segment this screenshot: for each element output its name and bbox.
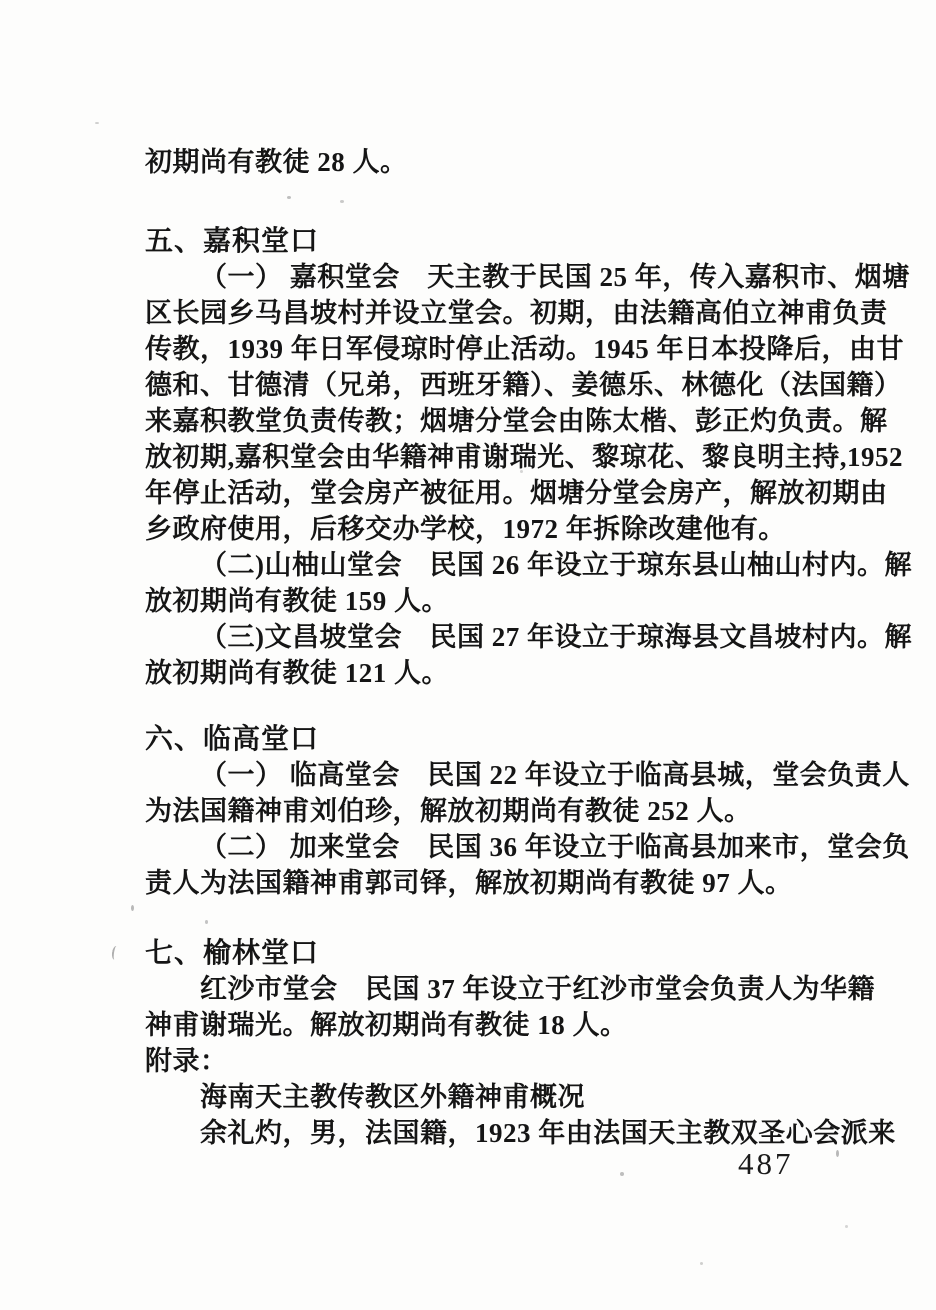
section-heading-7: 七、榆林堂口	[145, 935, 845, 971]
text-line: （一） 嘉积堂会 天主教于民国 25 年，传入嘉积市、烟塘	[145, 259, 845, 295]
ink-speck	[131, 905, 134, 911]
ink-speck	[620, 1172, 624, 1176]
ink-speck	[836, 1150, 839, 1157]
text-line: （一） 临高堂会 民国 22 年设立于临高县城，堂会负责人	[145, 757, 845, 793]
text-line: 德和、甘德清（兄弟，西班牙籍）、姜德乐、林德化（法国籍）	[145, 367, 845, 403]
section-heading-6: 六、临高堂口	[145, 721, 845, 757]
text-line: 乡政府使用，后移交办学校，1972 年拆除改建他有。	[145, 511, 845, 547]
margin-ink-mark	[111, 946, 120, 961]
text-line: （二） 加来堂会 民国 36 年设立于临高县加来市，堂会负	[145, 829, 845, 865]
ink-speck	[340, 200, 344, 203]
appendix-title: 海南天主教传教区外籍神甫概况	[145, 1079, 845, 1115]
text-line: 放初期尚有教徒 159 人。	[145, 583, 845, 619]
text-line: 来嘉积教堂负责传教；烟塘分堂会由陈太楷、彭正灼负责。解	[145, 403, 845, 439]
text-line: 放初期尚有教徒 121 人。	[145, 655, 845, 691]
ink-speck	[95, 122, 99, 124]
text-line: （二)山柚山堂会 民国 26 年设立于琼东县山柚山村内。解	[145, 547, 845, 583]
text-line: 初期尚有教徒 28 人。	[145, 144, 845, 180]
text-line: 责人为法国籍神甫郭司铎，解放初期尚有教徒 97 人。	[145, 865, 845, 901]
ink-speck	[205, 920, 208, 924]
text-line: 为法国籍神甫刘伯珍，解放初期尚有教徒 252 人。	[145, 793, 845, 829]
ink-speck	[700, 1262, 703, 1265]
ink-speck	[845, 1225, 848, 1228]
appendix-label: 附录：	[145, 1043, 845, 1079]
text-line: 传教，1939 年日军侵琼时停止活动。1945 年日本投降后，由甘	[145, 331, 845, 367]
text-line: 红沙市堂会 民国 37 年设立于红沙市堂会负责人为华籍	[145, 971, 845, 1007]
ink-speck	[287, 196, 291, 199]
ink-speck	[520, 470, 523, 473]
text-line: 神甫谢瑞光。解放初期尚有教徒 18 人。	[145, 1007, 845, 1043]
text-line: 区长园乡马昌坡村并设立堂会。初期，由法籍高伯立神甫负责	[145, 295, 845, 331]
text-line: （三)文昌坡堂会 民国 27 年设立于琼海县文昌坡村内。解	[145, 619, 845, 655]
page-number: 487	[738, 1146, 794, 1182]
text-line: 放初期,嘉积堂会由华籍神甫谢瑞光、黎琼花、黎良明主持,1952	[145, 439, 845, 475]
text-line: 年停止活动，堂会房产被征用。烟塘分堂会房产，解放初期由	[145, 475, 845, 511]
section-heading-5: 五、嘉积堂口	[145, 223, 845, 259]
text-block: 初期尚有教徒 28 人。 五、嘉积堂口 （一） 嘉积堂会 天主教于民国 25 年…	[145, 144, 845, 1151]
scanned-book-page: 初期尚有教徒 28 人。 五、嘉积堂口 （一） 嘉积堂会 天主教于民国 25 年…	[0, 0, 936, 1310]
